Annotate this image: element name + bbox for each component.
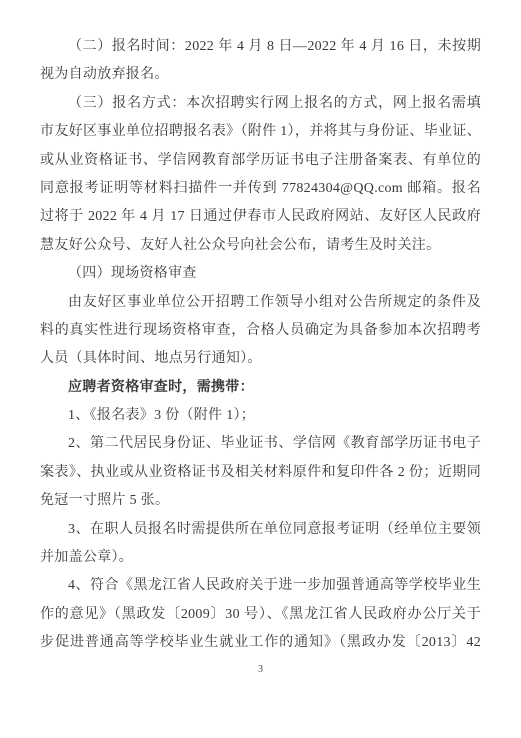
list-item: 4、符合《黑龙江省人民政府关于进一步加强普通高等学校毕业生就业工 bbox=[40, 572, 481, 600]
section-label: （四）现场资格审查 bbox=[68, 266, 197, 281]
page-number: 3 bbox=[0, 664, 521, 675]
list-item: 1、《报名表》3 份（附件 1）； bbox=[40, 402, 481, 430]
list-item: 3、在职人员报名时需提供所在单位同意报考证明（经单位主要领导签字 bbox=[40, 516, 481, 544]
text-line: 作的意见》（黑政发〔2009〕30 号）、《黑龙江省人民政府办公厅关于进一 bbox=[40, 601, 481, 629]
text-line: 由友好区事业单位公开招聘工作领导小组对公告所规定的条件及报名材 bbox=[40, 289, 481, 317]
text-line: （二）报名时间：2022 年 4 月 8 日—2022 年 4 月 16 日，未… bbox=[40, 33, 481, 61]
section-heading: （四）现场资格审查 bbox=[40, 260, 481, 288]
text-line: 同意报考证明等材料扫描件一并传到 77824304@QQ.com 邮箱。报名审核… bbox=[40, 175, 481, 203]
text-line: 料的真实性进行现场资格审查，合格人员确定为具备参加本次招聘考试资格的 bbox=[40, 317, 481, 345]
emphasis-line: 应聘者资格审查时，需携带： bbox=[40, 374, 481, 402]
section-label: （二）报名时间： bbox=[68, 39, 185, 54]
text-line: （三）报名方式：本次招聘实行网上报名的方式，网上报名需填写《伊春 bbox=[40, 90, 481, 118]
text-line: 或从业资格证书、学信网教育部学历证书电子注册备案表、有单位的单位出具 bbox=[40, 147, 481, 175]
text-line: 步促进普通高等学校毕业生就业工作的通知》（黑政办发〔2013〕42 号）、 bbox=[40, 629, 481, 657]
section-label: （三）报名方式： bbox=[68, 96, 186, 111]
text-line: 市友好区事业单位招聘报名表》（附件 1），并将其与身份证、毕业证、执业 bbox=[40, 118, 481, 146]
document-page: （二）报名时间：2022 年 4 月 8 日—2022 年 4 月 16 日，未… bbox=[0, 0, 521, 738]
document-body: （二）报名时间：2022 年 4 月 8 日—2022 年 4 月 16 日，未… bbox=[40, 33, 481, 658]
text-line: 过将于 2022 年 4 月 17 日通过伊春市人民政府网站、友好区人民政府网站… bbox=[40, 203, 481, 231]
text-line: 并加盖公章）。 bbox=[40, 544, 481, 572]
text-line: 慧友好公众号、友好人社公众号向社会公布，请考生及时关注。 bbox=[40, 232, 481, 260]
text-line: 免冠一寸照片 5 张。 bbox=[40, 487, 481, 515]
list-item: 2、第二代居民身份证、毕业证书、学信网《教育部学历证书电子注册备 bbox=[40, 430, 481, 458]
text-line: 人员（具体时间、地点另行通知）。 bbox=[40, 345, 481, 373]
text-line: 案表》、执业或从业资格证书及相关材料原件和复印件各 2 份；近期同版蓝底 bbox=[40, 459, 481, 487]
text-line: 视为自动放弃报名。 bbox=[40, 61, 481, 89]
